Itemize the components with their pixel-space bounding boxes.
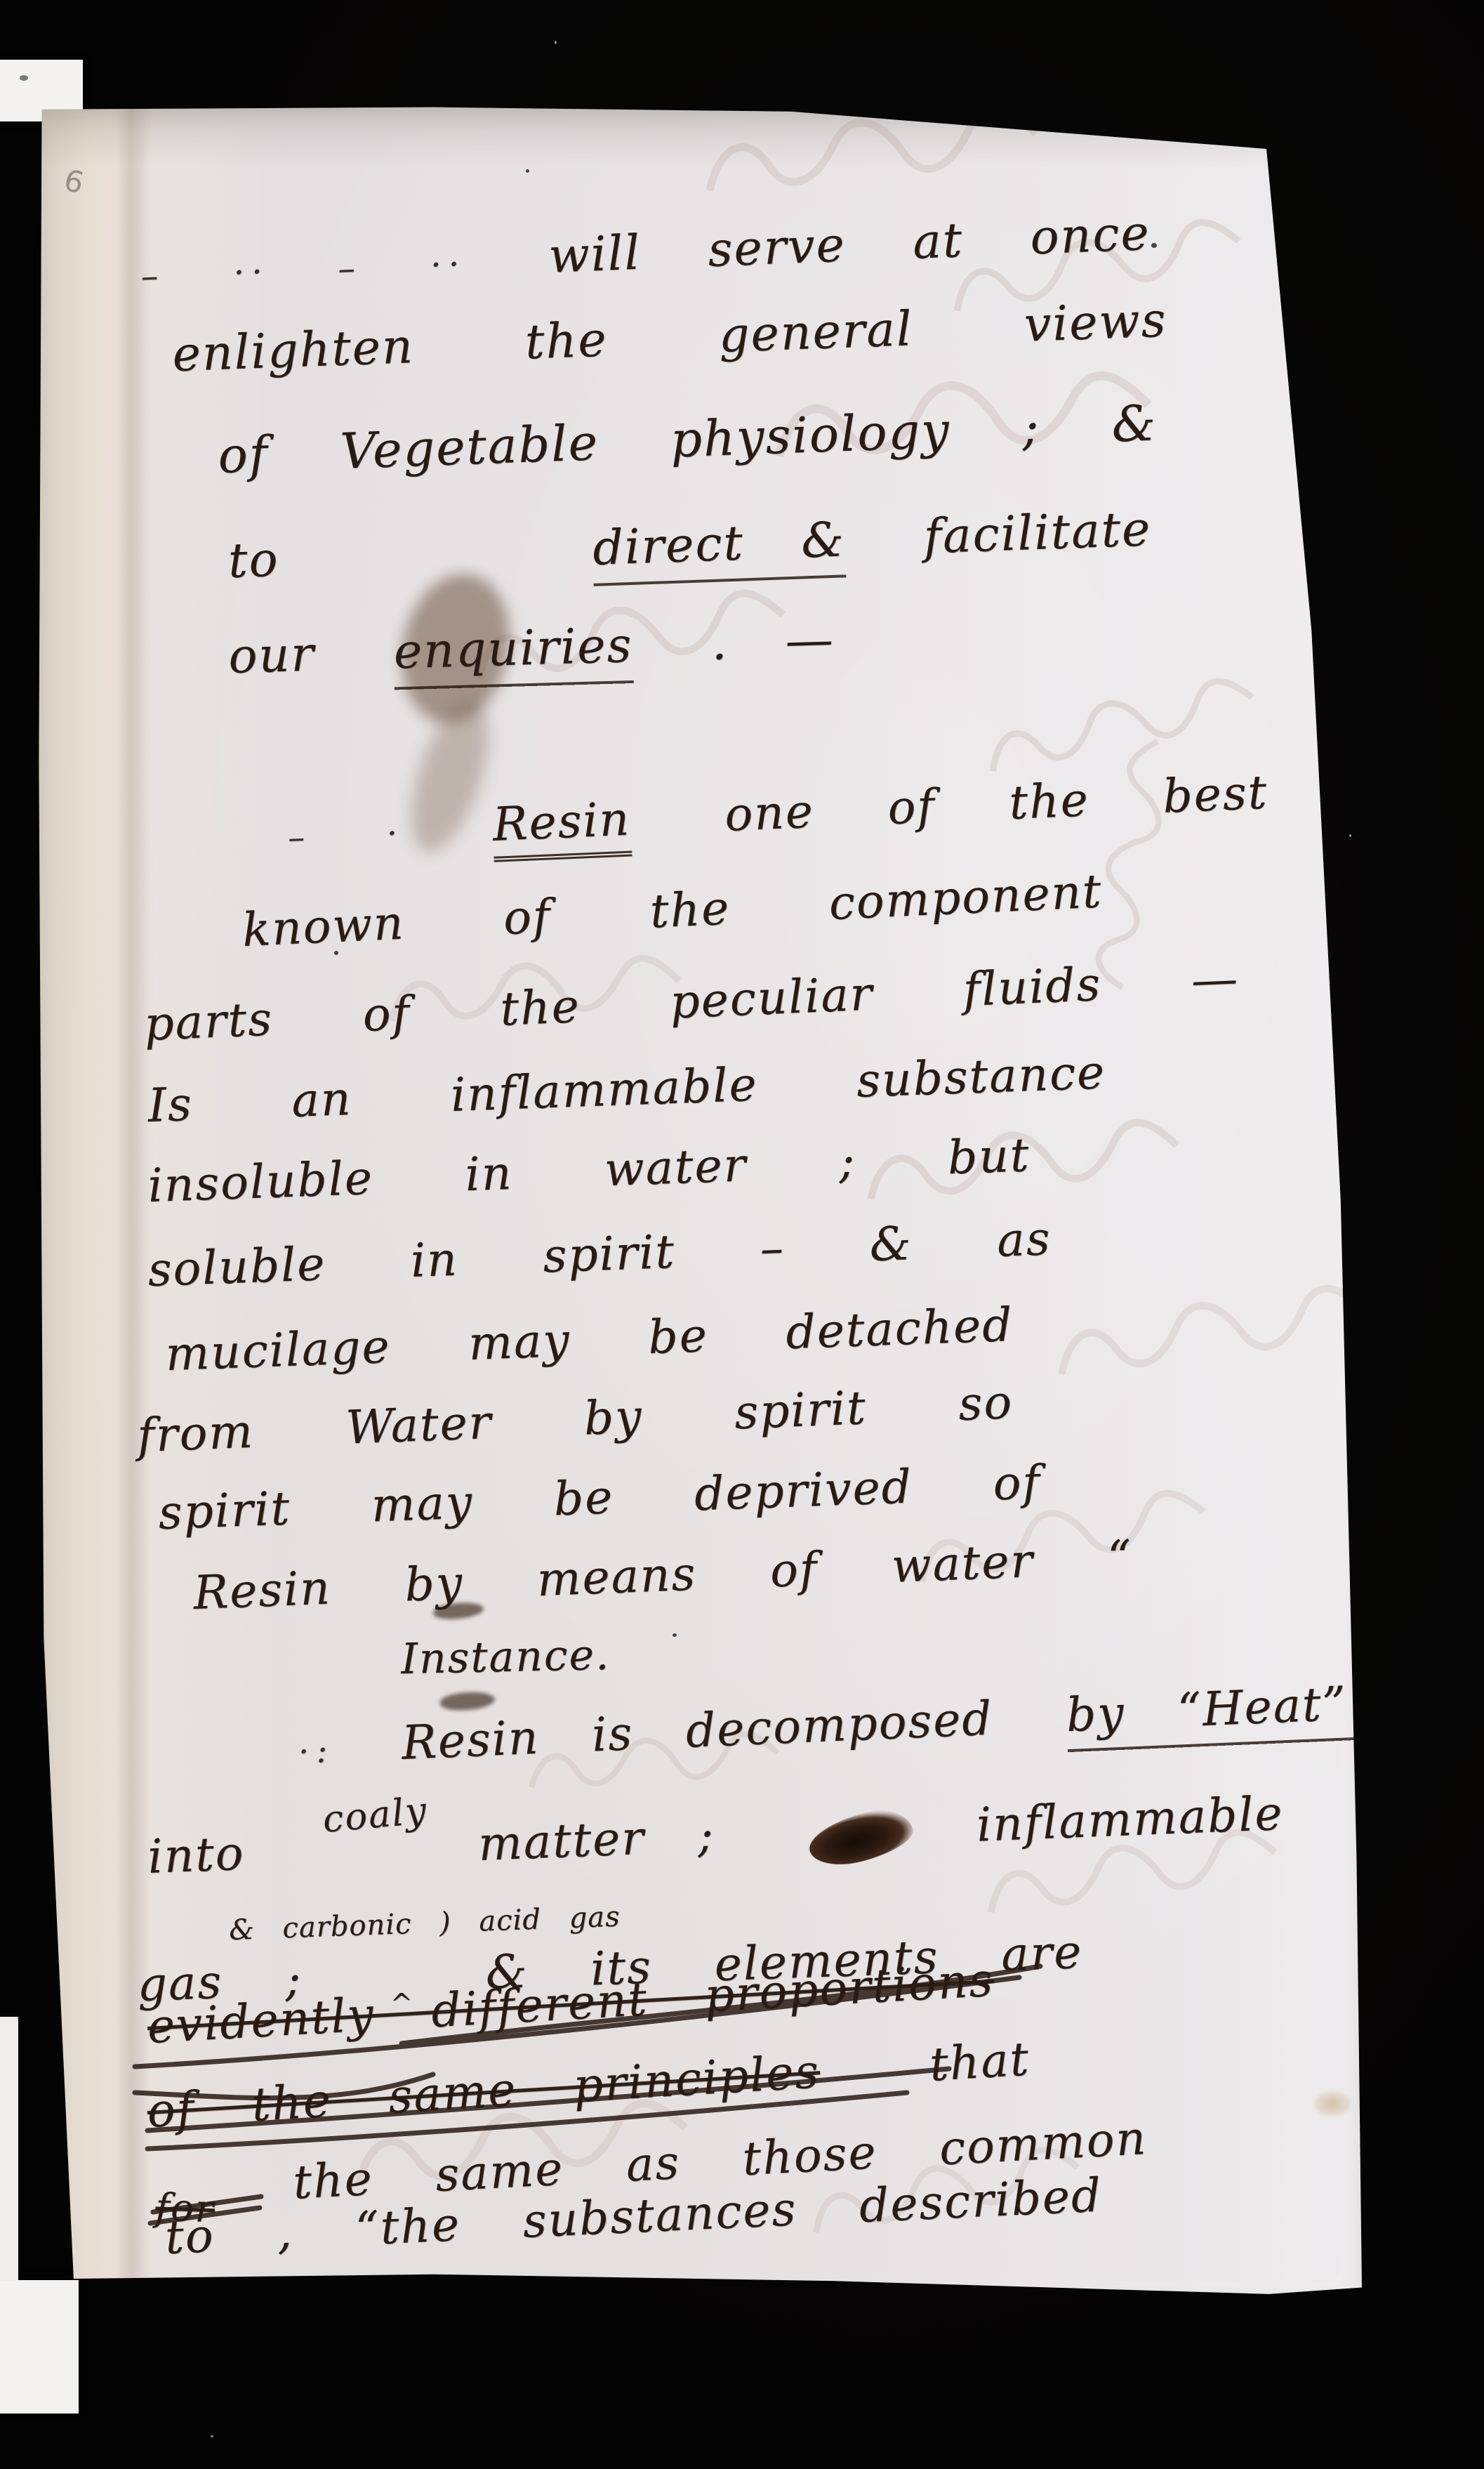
text-segment: facilitate — [922, 501, 1152, 565]
manuscript-line: into coaly matter ; inflammable — [147, 1786, 1305, 1884]
manuscript-line: from Water by spirit so — [136, 1374, 1035, 1463]
text-segment: known of the component — [241, 864, 1104, 957]
manuscript-line: known of the component — [241, 863, 1125, 957]
text-segment: our — [227, 627, 315, 685]
manuscript-line: ·: Resin is decomposed by “Heat” : — [297, 1673, 1439, 1784]
text-segment: & carbonic ) acid gas — [228, 1901, 621, 1947]
text-segment: mucilage may be detached — [164, 1298, 1014, 1381]
text-segment: Instance. — [401, 1631, 611, 1684]
manuscript-line: mucilage may be detached — [164, 1297, 1035, 1381]
ink-blot — [804, 1803, 917, 1874]
manuscript-line: of the same principles that — [145, 2031, 1052, 2138]
paragraph-marks: – · — [287, 814, 405, 857]
underlined-text: by “Heat” : — [1065, 1673, 1418, 1752]
dust-speck — [555, 41, 557, 44]
manuscript-page: 6 – ·· – ·· will serve at once to enligh… — [37, 104, 1362, 2296]
text-segment: . — — [710, 612, 835, 671]
text-segment: will serve at once — [548, 206, 1151, 284]
under-page-edge — [0, 2017, 18, 2281]
paper-stain — [1314, 2091, 1351, 2116]
manuscript-interlinear-insertion: & carbonic ) acid gas — [228, 1900, 633, 1947]
manuscript-line: enlighten the general views — [171, 292, 1189, 383]
paragraph-marks: ·: — [298, 1732, 335, 1772]
text-segment: into — [147, 1826, 246, 1884]
paragraph-marks: – ·· – ·· — [140, 244, 468, 296]
manuscript-line: Instance. — [401, 1630, 630, 1684]
underlined-text: direct & — [592, 512, 847, 586]
text-segment: matter ; — [477, 1808, 716, 1871]
double-underlined-text: Resin — [491, 792, 632, 862]
text-segment: parts of the peculiar fluids — — [143, 952, 1240, 1051]
manuscript-line: soluble in spirit – & as — [147, 1211, 1073, 1297]
text-segment: from Water by spirit so — [136, 1375, 1014, 1463]
text-segment: insoluble in water ; but — [147, 1128, 1031, 1213]
manuscript-line: – ·· – ·· will serve at once to — [140, 191, 1484, 300]
photograph-of-manuscript-page: 6 – ·· – ·· will serve at once to enligh… — [0, 0, 1484, 2469]
text-segment: of Vegetable physiology ; & — [217, 394, 1158, 485]
ink-dot — [526, 169, 529, 173]
text-segment: enlighten the general views — [171, 293, 1167, 383]
strikethrough-text: of the same principles — [145, 2044, 821, 2138]
ink-dot — [673, 1633, 677, 1637]
page-marker-tab-bottom — [0, 2280, 79, 2414]
text-segment: that — [928, 2032, 1031, 2091]
text-segment: to — [227, 532, 280, 589]
manuscript-line: Is an inflammable substance — [147, 1044, 1127, 1133]
manuscript-line: of Vegetable physiology ; & — [217, 393, 1180, 485]
text-segment: to — [1459, 155, 1484, 215]
text-segment: Resin by means of water “ — [192, 1530, 1134, 1620]
manuscript-line: parts of the peculiar fluids — — [143, 950, 1261, 1051]
text-segment: one of the best — [724, 765, 1269, 842]
inserted-word: coaly — [321, 1789, 429, 1841]
ink-smear — [439, 1690, 496, 1713]
text-segment: Is an inflammable substance — [147, 1045, 1106, 1133]
manuscript-line: to direct & facilitate — [227, 501, 1174, 599]
text-segment: inflammable — [976, 1786, 1285, 1852]
dust-speck — [1349, 834, 1351, 837]
manuscript-line: insoluble in water ; but — [147, 1127, 1052, 1213]
manuscript-line: our enquiries . — — [227, 612, 856, 694]
text-segment: spirit may be deprived of — [157, 1455, 1042, 1540]
page-top-shadow — [37, 104, 1362, 167]
text-segment: soluble in spirit – & as — [147, 1211, 1052, 1297]
dust-speck — [211, 2435, 213, 2437]
underlined-text: enquiries — [393, 618, 634, 690]
manuscript-line: Resin by means of water “ — [192, 1529, 1155, 1620]
manuscript-line: spirit may be deprived of — [157, 1454, 1062, 1540]
pencil-page-number: 6 — [60, 162, 87, 200]
